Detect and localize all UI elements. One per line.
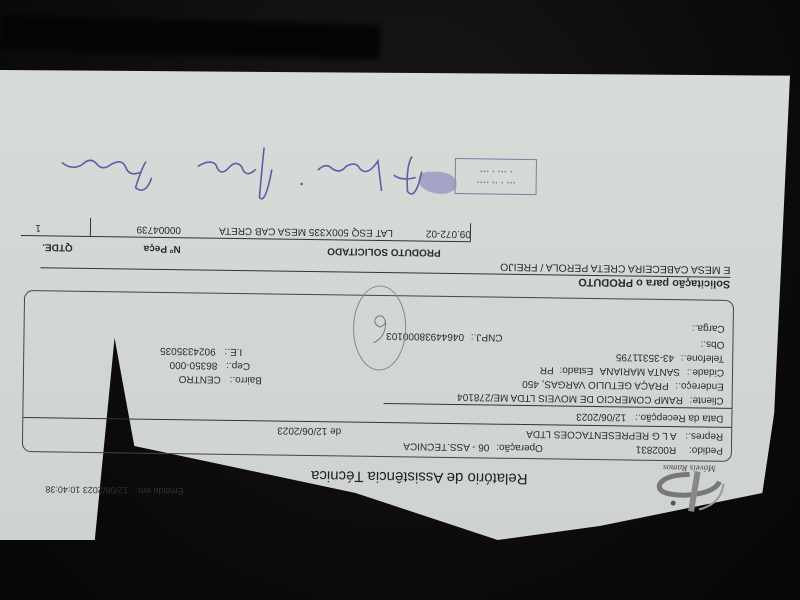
product-qtde: 1 xyxy=(35,222,41,233)
product-description: LAT ESQ 500X335 MESA CAB CRETA xyxy=(219,225,393,238)
endereco-label: Endereço.: xyxy=(675,380,724,392)
cidade-label: Cidade.: xyxy=(687,366,724,378)
handwritten-circle-mark-icon xyxy=(349,283,410,374)
stamp-line: ▪▪▪ ▪ ▪▪ ▪▪▪▪ xyxy=(476,179,515,186)
repres-row: Repres.: A L G REPRESENTACOES LTDA xyxy=(526,426,723,443)
telefone-value: 43-35311795 xyxy=(616,351,674,363)
ie-label: I.E.: xyxy=(224,346,242,357)
emitted-label: Emitido em: xyxy=(136,486,184,497)
carga-row: Carga.: xyxy=(692,320,725,334)
emitted-value: 12/06/2023 10:40:38 xyxy=(45,484,128,495)
obs-row: Obs.: xyxy=(700,336,724,350)
technical-assistance-report: Móveis Ramos Emitido em:12/06/2023 10:40… xyxy=(17,73,743,528)
cidade-value: SANTA MARIANA xyxy=(600,365,680,377)
cep-row: Cep.: 86350-000 xyxy=(169,357,250,372)
bairro-row: Bairro.: CENTRO xyxy=(179,371,262,386)
page-title: Relatório de Assistência Técnica xyxy=(311,467,528,487)
recepcao-row: Data da Recepção.: 12/06/2023 xyxy=(576,409,723,425)
cep-label: Cep.: xyxy=(226,360,250,371)
cnpj-label: CNPJ.: xyxy=(471,331,503,342)
received-stamp: ▪▪▪ ▪ ▪▪ ▪▪▪▪ ▪ ▪▪▪ ▪ ▪▪▪ xyxy=(454,158,536,195)
stamp-line: ▪ ▪▪▪ ▪ ▪▪▪ xyxy=(479,168,512,174)
col-qtde: QTDE. xyxy=(42,241,73,252)
emitted-at: Emitido em:12/06/2023 10:40:38 xyxy=(45,484,191,496)
telefone-label: Telefone.: xyxy=(681,352,725,364)
ie-value: 9024335035 xyxy=(160,345,216,357)
cidade-row: Cidade.: SANTA MARIANA Estado: PR xyxy=(540,362,724,379)
telefone-row: Telefone.: 43-35311795 xyxy=(616,349,725,365)
estado-label: Estado: xyxy=(559,365,593,376)
endereco-value: PRAÇA GETULIO VARGAS, 450 xyxy=(522,378,669,391)
bairro-value: CENTRO xyxy=(179,373,221,385)
cep-value: 86350-000 xyxy=(169,359,217,371)
col-n-peca: Nº Peça xyxy=(144,243,181,255)
operacao-date: de 12/06/2023 xyxy=(277,423,341,438)
operacao-label: Operação: xyxy=(496,442,543,454)
estado-value: PR xyxy=(540,364,554,375)
obs-label: Obs.: xyxy=(700,338,724,349)
handwritten-signature-icon xyxy=(21,136,442,212)
cliente-label: Cliente: xyxy=(690,394,724,405)
pedido-label: Pedido: xyxy=(689,444,723,455)
table-row: 09.072-02 LAT ESQ 500X335 MESA CAB CRETA… xyxy=(21,219,471,242)
repres-label: Repres.: xyxy=(685,430,723,442)
recepcao-value: 12/06/2023 xyxy=(576,411,626,423)
recepcao-label: Data da Recepção.: xyxy=(635,412,724,424)
product-peca: 00004739 xyxy=(136,224,181,236)
endereco-row: Endereço.: PRAÇA GETULIO VARGAS, 450 xyxy=(522,376,724,393)
cliente-value: RAMP COMERCIO DE MOVEIS LTDA ME/278104 xyxy=(457,391,683,405)
col-produto-solicitado: PRODUTO SOLICITADO xyxy=(327,245,441,258)
solicitacao-title: Solicitação para o PRODUTO xyxy=(578,276,730,290)
repres-value: A L G REPRESENTACOES LTDA xyxy=(526,428,677,441)
brand-name: Móveis Ramos xyxy=(663,463,716,474)
product-code: 09.072-02 xyxy=(426,228,471,240)
bairro-label: Bairro.: xyxy=(230,374,262,385)
background-shadow xyxy=(0,15,380,60)
ie-row: I.E.: 9024335035 xyxy=(160,343,242,358)
carga-label: Carga.: xyxy=(692,322,725,333)
operacao-value: 06 - ASS.TECNICA xyxy=(403,440,489,452)
pedido-value: R002831 xyxy=(636,444,677,456)
